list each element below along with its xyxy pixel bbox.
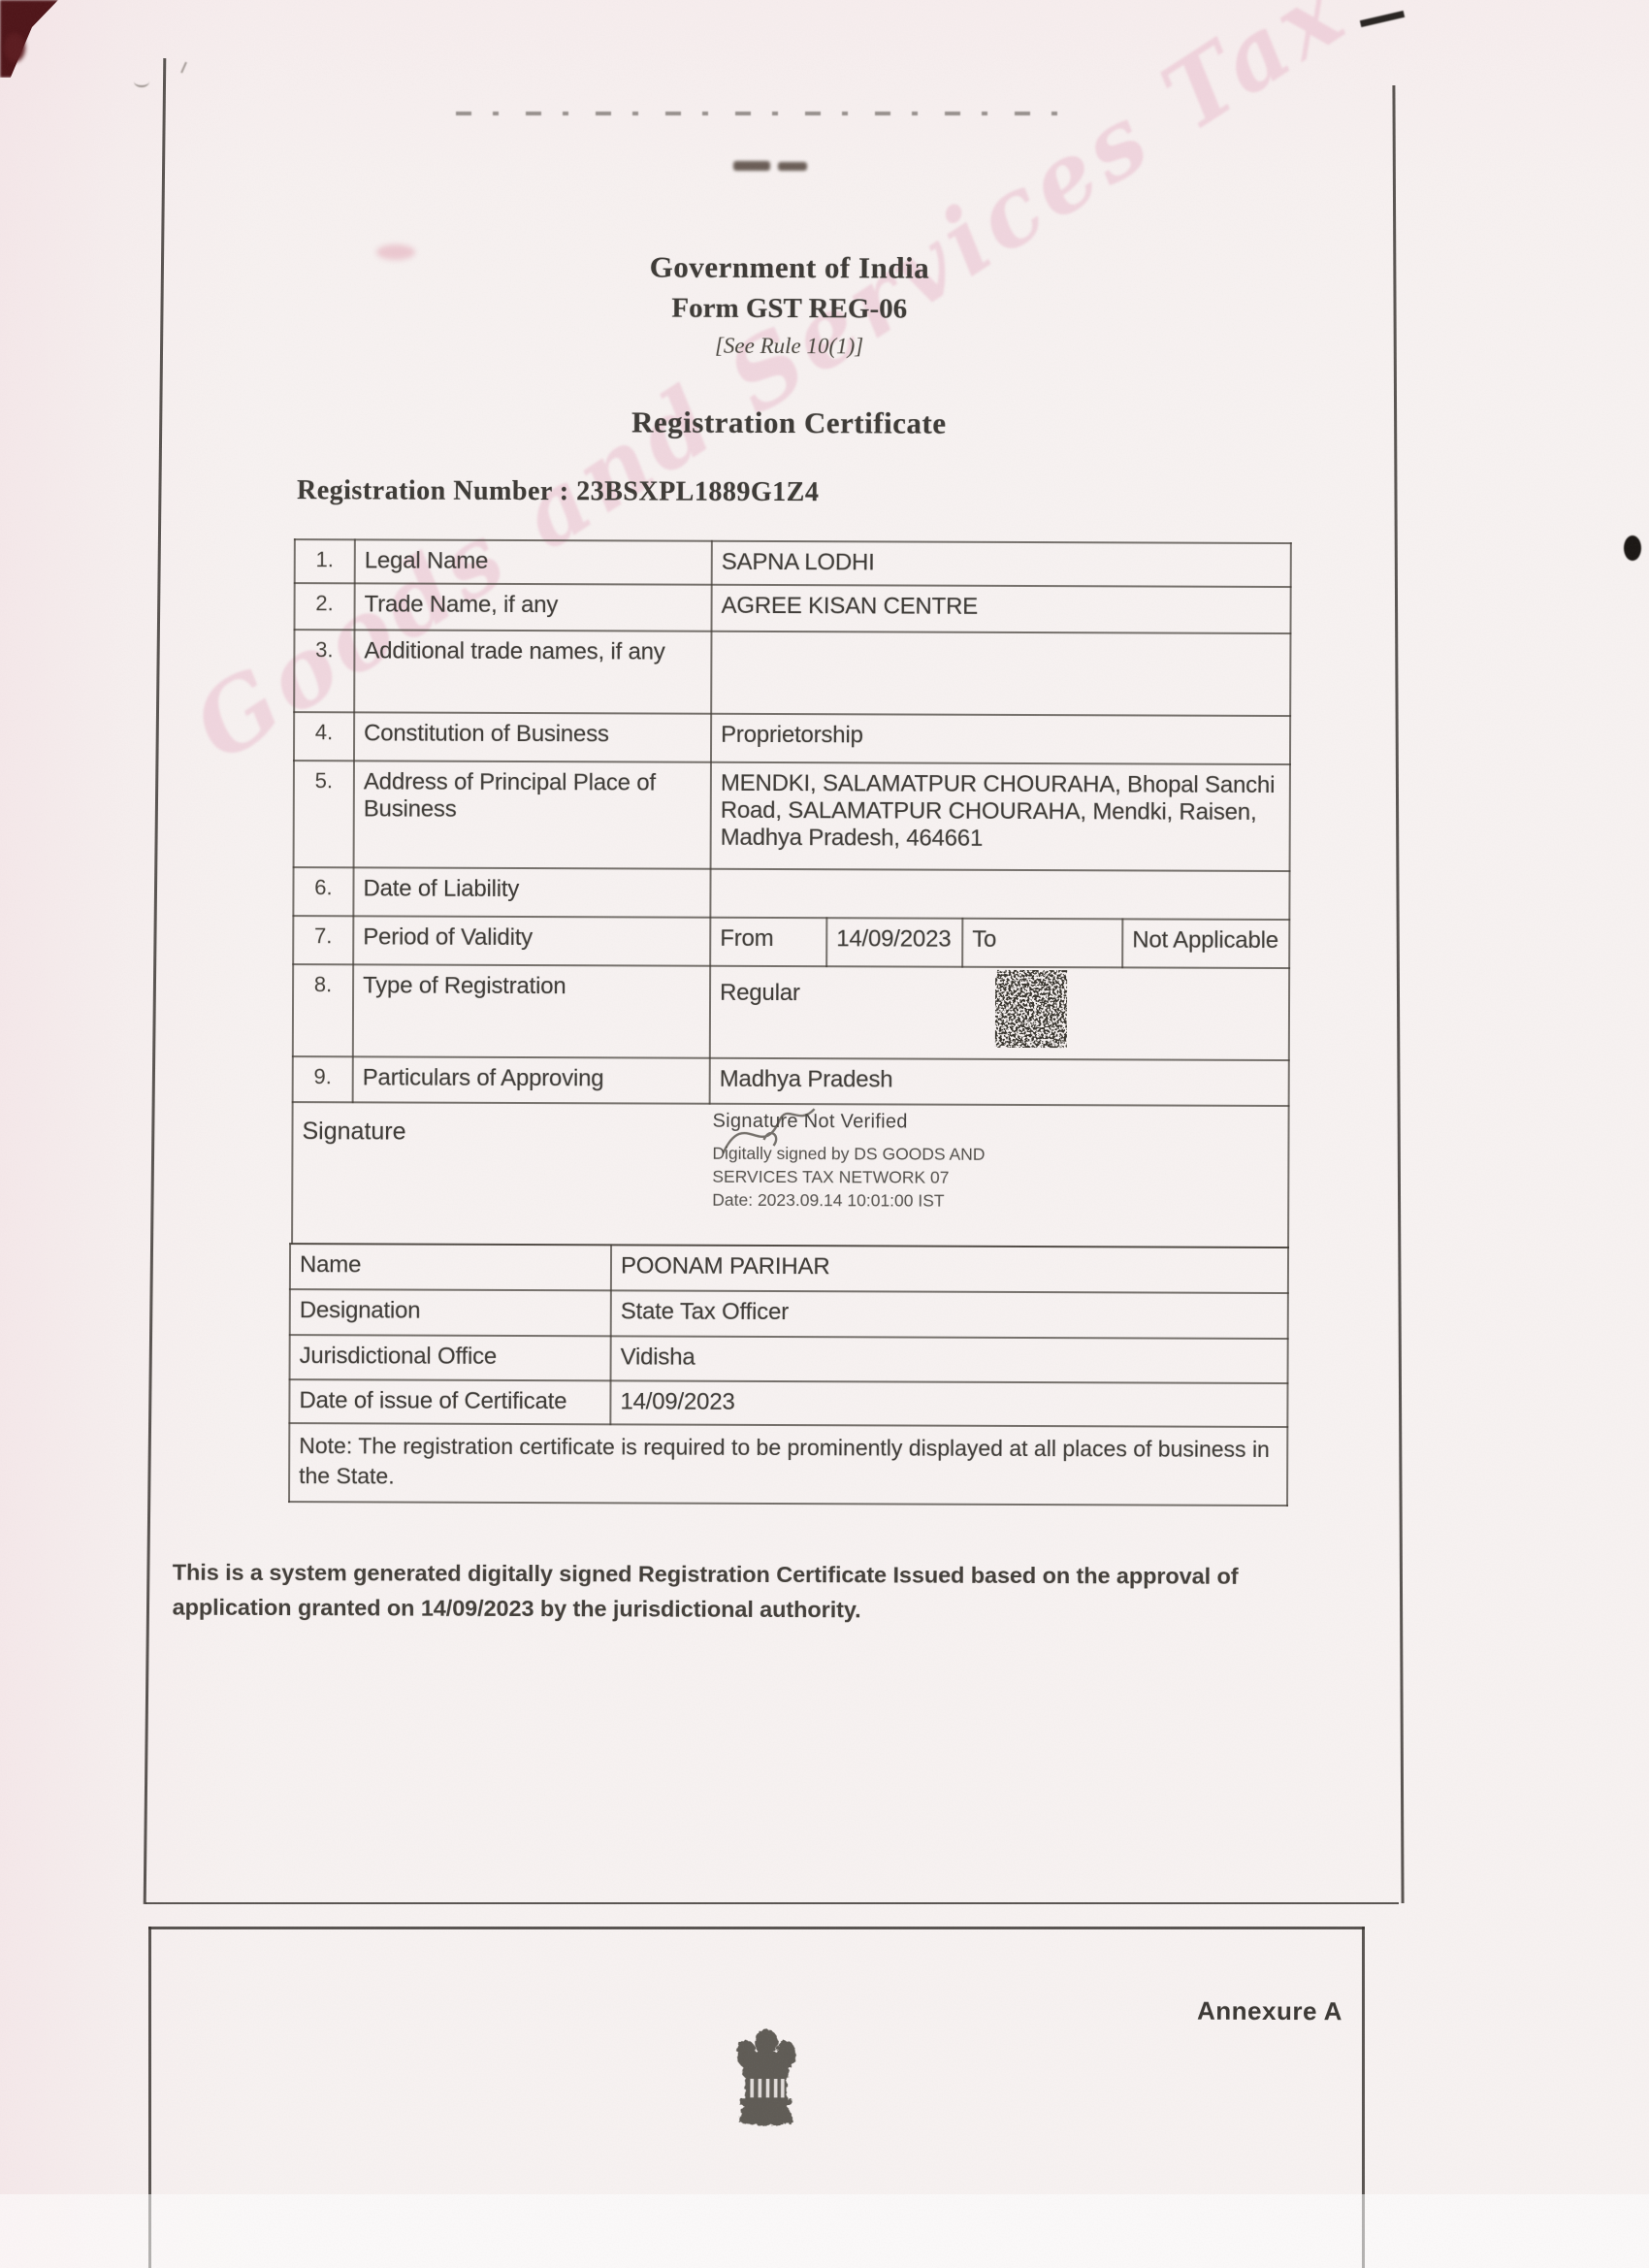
- row-number: 5.: [294, 761, 354, 867]
- row-label: Additional trade names, if any: [354, 630, 711, 713]
- row-value: [711, 632, 1290, 716]
- row-label: Address of Principal Place of Business: [354, 761, 711, 868]
- row-value: POONAM PARIHAR: [611, 1245, 1288, 1293]
- row-label: Name: [290, 1244, 611, 1290]
- table-row: 1. Legal Name SAPNA LODHI: [295, 539, 1291, 587]
- qr-code: [995, 970, 1067, 1054]
- table-row: 2. Trade Name, if any AGREE KISAN CENTRE: [295, 583, 1291, 633]
- row-value: Vidisha: [611, 1336, 1288, 1383]
- row-value: SAPNA LODHI: [712, 541, 1291, 587]
- row-label: Particulars of Approving: [353, 1056, 710, 1103]
- row-value: Regular: [710, 966, 1289, 1060]
- table-row: 3. Additional trade names, if any: [294, 630, 1290, 716]
- officer-table: Name POONAM PARIHAR Designation State Ta…: [288, 1243, 1289, 1507]
- table-row: 6. Date of Liability: [293, 867, 1289, 920]
- row-number: 3.: [294, 630, 354, 712]
- row-value: [710, 869, 1289, 920]
- government-of-india-heading: Government of India: [290, 248, 1289, 287]
- signature-date-line: Date: 2023.09.14 10:01:00 IST: [712, 1188, 1119, 1214]
- row-label: Designation: [290, 1289, 611, 1336]
- table-row-period-of-validity: 7. Period of Validity From 14/09/2023 To…: [293, 916, 1289, 968]
- table-row-type-of-registration: 8. Type of Registration Regular: [293, 964, 1289, 1060]
- row-label: Date of issue of Certificate: [289, 1379, 610, 1424]
- ashoka-lion-capital-emblem: [731, 2027, 801, 2137]
- rule-reference: [See Rule 10(1)]: [290, 332, 1289, 361]
- row-value: Madhya Pradesh: [710, 1058, 1289, 1106]
- registration-number: Registration Number : 23BSXPL1889G1Z4: [297, 475, 819, 508]
- note-row: Note: The registration certificate is re…: [289, 1423, 1287, 1506]
- row-value: MENDKI, SALAMATPUR CHOURAHA, Bhopal Sanc…: [711, 762, 1290, 871]
- annexure-label: Annexure A: [1197, 1996, 1342, 2027]
- table-row: 4. Constitution of Business Proprietorsh…: [294, 712, 1290, 764]
- row-label: Period of Validity: [353, 916, 710, 965]
- row-number: 7.: [293, 916, 353, 964]
- row-number: 4.: [294, 712, 354, 761]
- from-label-cell: From: [710, 918, 826, 966]
- system-generated-statement: This is a system generated digitally sig…: [173, 1555, 1293, 1629]
- to-label-cell: To: [962, 919, 1122, 968]
- row-label: Trade Name, if any: [355, 583, 712, 631]
- row-label: Jurisdictional Office: [290, 1335, 611, 1380]
- registration-type-value: Regular: [720, 980, 800, 1006]
- table-row: Jurisdictional Office Vidisha: [290, 1335, 1288, 1383]
- row-label: Type of Registration: [353, 964, 710, 1057]
- row-label: Legal Name: [355, 539, 712, 584]
- scan-light-band: [0, 2194, 1649, 2268]
- form-name-heading: Form GST REG-06: [290, 291, 1289, 327]
- row-label: Constitution of Business: [354, 712, 711, 761]
- table-row: 9. Particulars of Approving Madhya Prade…: [293, 1056, 1289, 1106]
- table-row: 5. Address of Principal Place of Busines…: [294, 761, 1290, 871]
- row-number: 1.: [295, 539, 355, 583]
- row-value: 14/09/2023: [610, 1380, 1287, 1427]
- row-label: Date of Liability: [353, 867, 710, 917]
- table-row: Date of issue of Certificate 14/09/2023: [289, 1379, 1287, 1427]
- signature-cell: Signature Signature Not Verified Digital…: [292, 1102, 1289, 1247]
- table-row: Name POONAM PARIHAR: [290, 1244, 1288, 1293]
- signature-row: Signature Signature Not Verified Digital…: [292, 1102, 1289, 1247]
- row-number: 2.: [295, 583, 355, 630]
- certificate-title: Registration Certificate: [289, 404, 1288, 442]
- row-value: AGREE KISAN CENTRE: [712, 585, 1291, 633]
- certificate-table: 1. Legal Name SAPNA LODHI 2. Trade Name,…: [291, 538, 1292, 1248]
- row-value: State Tax Officer: [611, 1290, 1288, 1339]
- row-value: Proprietorship: [711, 714, 1290, 764]
- row-number: 6.: [293, 867, 353, 916]
- note-text: Note: The registration certificate is re…: [289, 1423, 1287, 1506]
- scanned-certificate-page: Goods and Services Tax Government of Ind…: [0, 0, 1649, 2268]
- to-value-cell: Not Applicable: [1122, 919, 1289, 968]
- table-row: Designation State Tax Officer: [290, 1289, 1288, 1339]
- signature-scribble: [705, 1102, 831, 1170]
- from-date-cell: 14/09/2023: [826, 918, 962, 967]
- row-number: 9.: [293, 1056, 353, 1102]
- row-number: 8.: [293, 964, 353, 1056]
